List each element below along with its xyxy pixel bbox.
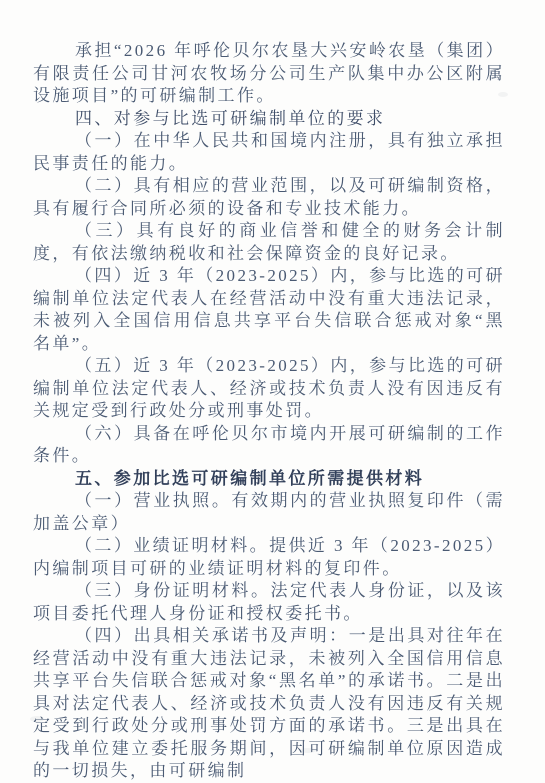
section-4-heading: 四、对参与比选可研编制单位的要求 (33, 108, 505, 131)
material-item-4: （四）出具相关承诺书及声明：一是出具对往年在经营活动中没有重大违法记录，未被列入… (33, 625, 505, 783)
section-5-heading: 五、参加比选可研编制单位所需提供材料 (33, 468, 505, 491)
material-item-2: （二）业绩证明材料。提供近 3 年（2023-2025）内编制项目可研的业绩证明… (33, 535, 505, 580)
scanned-document-page: 承担“2026 年呼伦贝尔农垦大兴安岭农垦（集团）有限责任公司甘河农牧场分公司生… (0, 0, 545, 783)
requirement-item-6: （六）具备在呼伦贝尔市境内开展可研编制的工作条件。 (33, 423, 505, 468)
requirement-item-5: （五）近 3 年（2023-2025）内，参与比选的可研编制单位法定代表人、经济… (33, 355, 505, 423)
material-item-1: （一）营业执照。有效期内的营业执照复印件（需加盖公章） (33, 490, 505, 535)
requirement-item-1: （一）在中华人民共和国境内注册，具有独立承担民事责任的能力。 (33, 130, 505, 175)
requirement-item-3: （三）具有良好的商业信誉和健全的财务会计制度，有依法缴纳税收和社会保障资金的良好… (33, 220, 505, 265)
document-body-text: 承担“2026 年呼伦贝尔农垦大兴安岭农垦（集团）有限责任公司甘河农牧场分公司生… (33, 40, 505, 783)
material-item-3: （三）身份证明材料。法定代表人身份证，以及该项目委托代理人身份证和授权委托书。 (33, 580, 505, 625)
project-undertaking-paragraph: 承担“2026 年呼伦贝尔农垦大兴安岭农垦（集团）有限责任公司甘河农牧场分公司生… (33, 40, 505, 108)
requirement-item-2: （二）具有相应的营业范围，以及可研编制资格，具有履行合同所必须的设备和专业技术能… (33, 175, 505, 220)
requirement-item-4: （四）近 3 年（2023-2025）内，参与比选的可研编制单位法定代表人在经营… (33, 265, 505, 355)
